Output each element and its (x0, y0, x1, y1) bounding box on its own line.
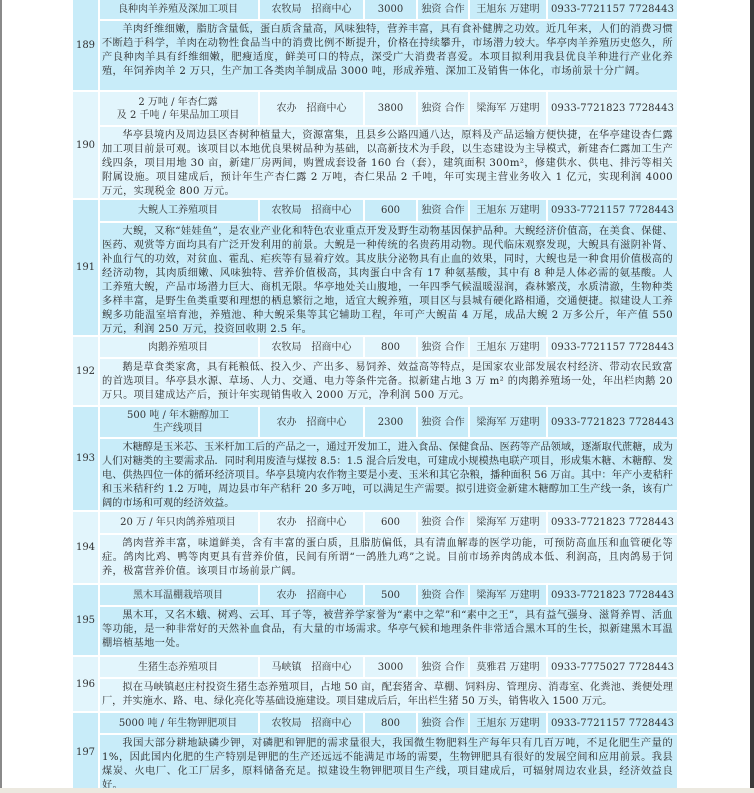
project-cooperation-mode: 独资 合作 (418, 0, 470, 19)
project-191: 191 大鲵人工养殖项目 农牧局 招商中心 600 独资 合作 王旭东 万建明 … (73, 200, 677, 337)
project-contacts: 梁海军 万建明 (470, 92, 548, 125)
project-cooperation-mode: 独资 合作 (418, 200, 470, 221)
project-content: 良种肉羊养殖及深加工项目 农牧局 招商中心 3000 独资 合作 王旭东 万建明… (98, 0, 677, 82)
project-department: 农办 招商中心 (260, 92, 365, 125)
project-phone: 0933-7775027 7728443 (548, 657, 677, 677)
project-contacts: 王旭东 万建明 (470, 0, 548, 19)
project-contacts: 王旭东 万建明 (470, 200, 548, 221)
project-investment: 3000 (365, 0, 418, 19)
project-name: 大鲵人工养殖项目 (98, 200, 260, 221)
project-195: 195 黑木耳温棚栽培项目 农办 招商中心 500 独资 合作 梁海军 万建明 … (73, 585, 677, 657)
project-department: 农牧局 招商中心 (260, 337, 365, 357)
project-193: 193 500 吨 / 年木糖醇加工 生产线项目 农办 招商中心 2300 独资… (73, 407, 677, 512)
project-194: 194 20 万 / 年只肉鸽养殖项目 农办 招商中心 600 独资 合作 梁海… (73, 512, 677, 585)
project-name: 5000 吨 / 年生物钾肥项目 (98, 713, 260, 733)
project-name: 肉鹅养殖项目 (98, 337, 260, 357)
project-header-row: 黑木耳温棚栽培项目 农办 招商中心 500 独资 合作 梁海军 万建明 0933… (98, 585, 677, 607)
project-header-row: 生猪生态养殖项目 马峡镇 招商中心 3000 独资 合作 莫雅君 万建明 093… (98, 657, 677, 679)
project-contacts: 梁海军 万建明 (470, 407, 548, 437)
project-header-row: 5000 吨 / 年生物钾肥项目 农牧局 招商中心 800 独资 合作 王旭东 … (98, 713, 677, 735)
project-phone: 0933-7721823 7728443 (548, 407, 677, 437)
project-number: 189 (73, 0, 100, 90)
project-investment: 800 (365, 337, 418, 357)
page-right-edge (750, 0, 754, 793)
project-description: 木糖醇是玉米芯、玉米杆加工后的产品之一，通过开发加工，进入食品、保健食品、医药等… (98, 439, 677, 514)
project-description: 大鲵，又称“娃娃鱼”，是农业产业化和特色农业重点开发及野生动物基因保护品种。大鲵… (98, 223, 677, 340)
project-content: 500 吨 / 年木糖醇加工 生产线项目 农办 招商中心 2300 独资 合作 … (98, 407, 677, 514)
project-department: 农牧局 招商中心 (260, 713, 365, 733)
project-investment: 2300 (365, 407, 418, 437)
project-investment: 500 (365, 585, 418, 605)
project-number: 192 (73, 337, 100, 405)
project-investment: 800 (365, 713, 418, 733)
project-description: 我国大部分耕地缺磷少钾，对磷肥和钾肥的需求量很大，我国微生物肥料生产每年只有几百… (98, 735, 677, 793)
project-department: 农办 招商中心 (260, 585, 365, 605)
project-content: 20 万 / 年只肉鸽养殖项目 农办 招商中心 600 独资 合作 梁海军 万建… (98, 512, 677, 582)
project-department: 马峡镇 招商中心 (260, 657, 365, 677)
project-phone: 0933-7721157 7728443 (548, 0, 677, 19)
project-content: 2 万吨 / 年杏仁露 及 2 千吨 / 年果品加工项目 农办 招商中心 380… (98, 92, 677, 202)
project-number: 190 (73, 92, 100, 198)
project-content: 5000 吨 / 年生物钾肥项目 农牧局 招商中心 800 独资 合作 王旭东 … (98, 713, 677, 793)
project-department: 农办 招商中心 (260, 512, 365, 533)
project-header-row: 肉鹅养殖项目 农牧局 招商中心 800 独资 合作 王旭东 万建明 0933-7… (98, 337, 677, 359)
project-investment: 600 (365, 512, 418, 533)
project-header-row: 2 万吨 / 年杏仁露 及 2 千吨 / 年果品加工项目 农办 招商中心 380… (98, 92, 677, 127)
project-contacts: 王旭东 万建明 (470, 337, 548, 357)
project-header-row: 20 万 / 年只肉鸽养殖项目 农办 招商中心 600 独资 合作 梁海军 万建… (98, 512, 677, 535)
project-table: 189 良种肉羊养殖及深加工项目 农牧局 招商中心 3000 独资 合作 王旭东… (73, 0, 677, 793)
project-header-row: 良种肉羊养殖及深加工项目 农牧局 招商中心 3000 独资 合作 王旭东 万建明… (98, 0, 677, 21)
project-description: 鹅是草食类家禽，具有耗粮低、投入少、产出多、易饲养、效益高等特点，是国家农业部发… (98, 359, 677, 406)
project-phone: 0933-7721823 7728443 (548, 92, 677, 125)
project-number: 195 (73, 585, 100, 655)
project-number: 196 (73, 657, 100, 711)
project-header-row: 大鲵人工养殖项目 农牧局 招商中心 600 独资 合作 王旭东 万建明 0933… (98, 200, 677, 223)
project-number: 193 (73, 407, 100, 510)
project-name: 良种肉羊养殖及深加工项目 (98, 0, 260, 19)
project-department: 农牧局 招商中心 (260, 200, 365, 221)
project-name: 20 万 / 年只肉鸽养殖项目 (98, 512, 260, 533)
project-number: 191 (73, 200, 100, 335)
project-content: 黑木耳温棚栽培项目 农办 招商中心 500 独资 合作 梁海军 万建明 0933… (98, 585, 677, 654)
project-description: 羊肉纤维细嫩，脂肪含量低，蛋白质含量高，风味独特，营养丰富，具有食补健脾之功效。… (98, 21, 677, 82)
project-cooperation-mode: 独资 合作 (418, 407, 470, 437)
project-investment: 3000 (365, 657, 418, 677)
project-department: 农办 招商中心 (260, 407, 365, 437)
project-number: 197 (73, 713, 100, 791)
project-192: 192 肉鹅养殖项目 农牧局 招商中心 800 独资 合作 王旭东 万建明 09… (73, 337, 677, 407)
project-content: 大鲵人工养殖项目 农牧局 招商中心 600 独资 合作 王旭东 万建明 0933… (98, 200, 677, 340)
project-cooperation-mode: 独资 合作 (418, 657, 470, 677)
project-description: 拟在马峡镇赵庄村投资生猪生态养殖项目，占地 50 亩，配套猪舍、草棚、饲料房、管… (98, 679, 677, 712)
project-cooperation-mode: 独资 合作 (418, 585, 470, 605)
project-name: 2 万吨 / 年杏仁露 及 2 千吨 / 年果品加工项目 (98, 92, 260, 125)
project-investment: 600 (365, 200, 418, 221)
project-cooperation-mode: 独资 合作 (418, 713, 470, 733)
project-197: 197 5000 吨 / 年生物钾肥项目 农牧局 招商中心 800 独资 合作 … (73, 713, 677, 793)
project-cooperation-mode: 独资 合作 (418, 512, 470, 533)
project-description: 鸽肉营养丰富，味道鲜美，含有丰富的蛋白质，且脂肪偏低，具有清血解毒的医学功能，可… (98, 535, 677, 582)
project-189: 189 良种肉羊养殖及深加工项目 农牧局 招商中心 3000 独资 合作 王旭东… (73, 0, 677, 92)
project-department: 农牧局 招商中心 (260, 0, 365, 19)
project-phone: 0933-7721157 7728443 (548, 713, 677, 733)
project-investment: 3800 (365, 92, 418, 125)
project-name: 生猪生态养殖项目 (98, 657, 260, 677)
project-content: 肉鹅养殖项目 农牧局 招商中心 800 独资 合作 王旭东 万建明 0933-7… (98, 337, 677, 406)
project-phone: 0933-7721157 7728443 (548, 337, 677, 357)
project-cooperation-mode: 独资 合作 (418, 337, 470, 357)
project-190: 190 2 万吨 / 年杏仁露 及 2 千吨 / 年果品加工项目 农办 招商中心… (73, 92, 677, 200)
project-phone: 0933-7721823 7728443 (548, 585, 677, 605)
project-cooperation-mode: 独资 合作 (418, 92, 470, 125)
page-left-edge (0, 0, 2, 793)
project-name: 500 吨 / 年木糖醇加工 生产线项目 (98, 407, 260, 437)
project-description: 华亭县境内及周边县区杏树种植量大，资源富集，且县乡公路四通八达，原料及产品运输方… (98, 127, 677, 202)
project-content: 生猪生态养殖项目 马峡镇 招商中心 3000 独资 合作 莫雅君 万建明 093… (98, 657, 677, 712)
page-bottom-band (0, 788, 754, 793)
project-196: 196 生猪生态养殖项目 马峡镇 招商中心 3000 独资 合作 莫雅君 万建明… (73, 657, 677, 713)
project-contacts: 梁海军 万建明 (470, 512, 548, 533)
project-description: 黑木耳，又名木蛾、树鸡、云耳、耳子等，被营养学家誉为“素中之荤”和“素中之王”，… (98, 607, 677, 654)
project-phone: 0933-7721823 7728443 (548, 512, 677, 533)
project-number: 194 (73, 512, 100, 583)
project-name: 黑木耳温棚栽培项目 (98, 585, 260, 605)
project-header-row: 500 吨 / 年木糖醇加工 生产线项目 农办 招商中心 2300 独资 合作 … (98, 407, 677, 439)
project-contacts: 梁海军 万建明 (470, 585, 548, 605)
project-contacts: 莫雅君 万建明 (470, 657, 548, 677)
project-contacts: 王旭东 万建明 (470, 713, 548, 733)
project-phone: 0933-7721157 7728443 (548, 200, 677, 221)
